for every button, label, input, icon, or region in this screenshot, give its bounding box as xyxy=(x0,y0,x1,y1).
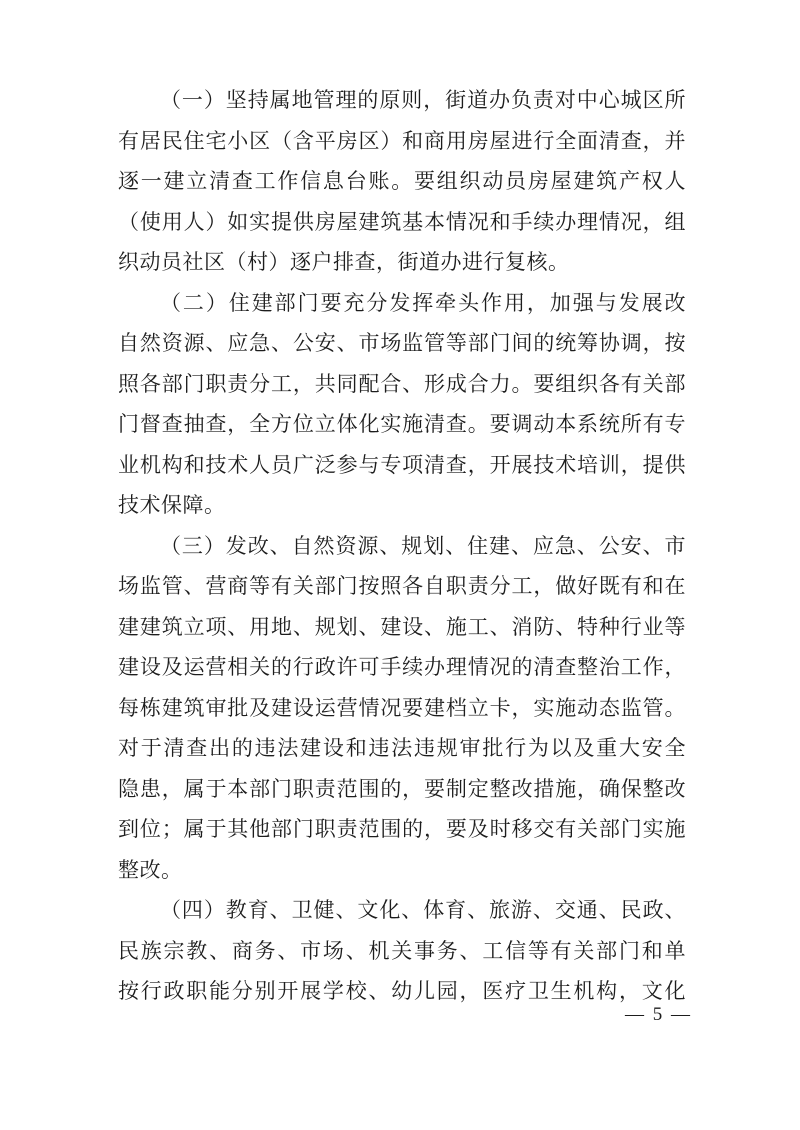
paragraph-3: （三）发改、自然资源、规划、住建、应急、公安、市 场监管、营商等有关部门按照各自… xyxy=(118,526,686,891)
text-line: （使用人）如实提供房屋建筑基本情况和手续办理情况，组 xyxy=(118,202,686,243)
text-line: 每栋建筑审批及建设运营情况要建档立卡，实施动态监管。 xyxy=(118,688,686,729)
paragraph-1: （一）坚持属地管理的原则，街道办负责对中心城区所 有居民住宅小区（含平房区）和商… xyxy=(118,80,686,283)
text-line: 照各部门职责分工，共同配合、形成合力。要组织各有关部 xyxy=(118,364,686,405)
text-line: 场监管、营商等有关部门按照各自职责分工，做好既有和在 xyxy=(118,566,686,607)
text-line: （四）教育、卫健、文化、体育、旅游、交通、民政、 xyxy=(118,890,686,931)
text-line: 整改。 xyxy=(118,850,686,891)
text-line: （一）坚持属地管理的原则，街道办负责对中心城区所 xyxy=(118,80,686,121)
text-line: 民族宗教、商务、市场、机关事务、工信等有关部门和单位， xyxy=(118,931,686,972)
document-body: （一）坚持属地管理的原则，街道办负责对中心城区所 有居民住宅小区（含平房区）和商… xyxy=(118,80,686,1012)
paragraph-4: （四）教育、卫健、文化、体育、旅游、交通、民政、 民族宗教、商务、市场、机关事务… xyxy=(118,890,686,1012)
paragraph-2: （二）住建部门要充分发挥牵头作用，加强与发展改革、 自然资源、应急、公安、市场监… xyxy=(118,283,686,526)
text-line: 门督查抽查，全方位立体化实施清查。要调动本系统所有专 xyxy=(118,404,686,445)
text-line: 技术保障。 xyxy=(118,485,686,526)
text-line: 自然资源、应急、公安、市场监管等部门间的统筹协调，按 xyxy=(118,323,686,364)
text-line: 对于清查出的违法建设和违法违规审批行为以及重大安全 xyxy=(118,728,686,769)
text-line: 织动员社区（村）逐户排查，街道办进行复核。 xyxy=(118,242,686,283)
text-line: 逐一建立清查工作信息台账。要组织动员房屋建筑产权人 xyxy=(118,161,686,202)
text-line: （二）住建部门要充分发挥牵头作用，加强与发展改革、 xyxy=(118,283,686,324)
text-line: 有居民住宅小区（含平房区）和商用房屋进行全面清查，并 xyxy=(118,121,686,162)
text-line: 到位；属于其他部门职责范围的，要及时移交有关部门实施 xyxy=(118,809,686,850)
page-number: — 5 — xyxy=(625,1004,692,1026)
text-line: 建建筑立项、用地、规划、建设、施工、消防、特种行业等 xyxy=(118,607,686,648)
document-page: （一）坚持属地管理的原则，街道办负责对中心城区所 有居民住宅小区（含平房区）和商… xyxy=(0,0,800,1130)
text-line: 隐患，属于本部门职责范围的，要制定整改措施，确保整改 xyxy=(118,769,686,810)
text-line: （三）发改、自然资源、规划、住建、应急、公安、市 xyxy=(118,526,686,567)
text-line: 业机构和技术人员广泛参与专项清查，开展技术培训，提供 xyxy=(118,445,686,486)
text-line: 建设及运营相关的行政许可手续办理情况的清查整治工作， xyxy=(118,647,686,688)
text-line: 按行政职能分别开展学校、幼儿园，医疗卫生机构，文化（含 xyxy=(118,971,686,1012)
